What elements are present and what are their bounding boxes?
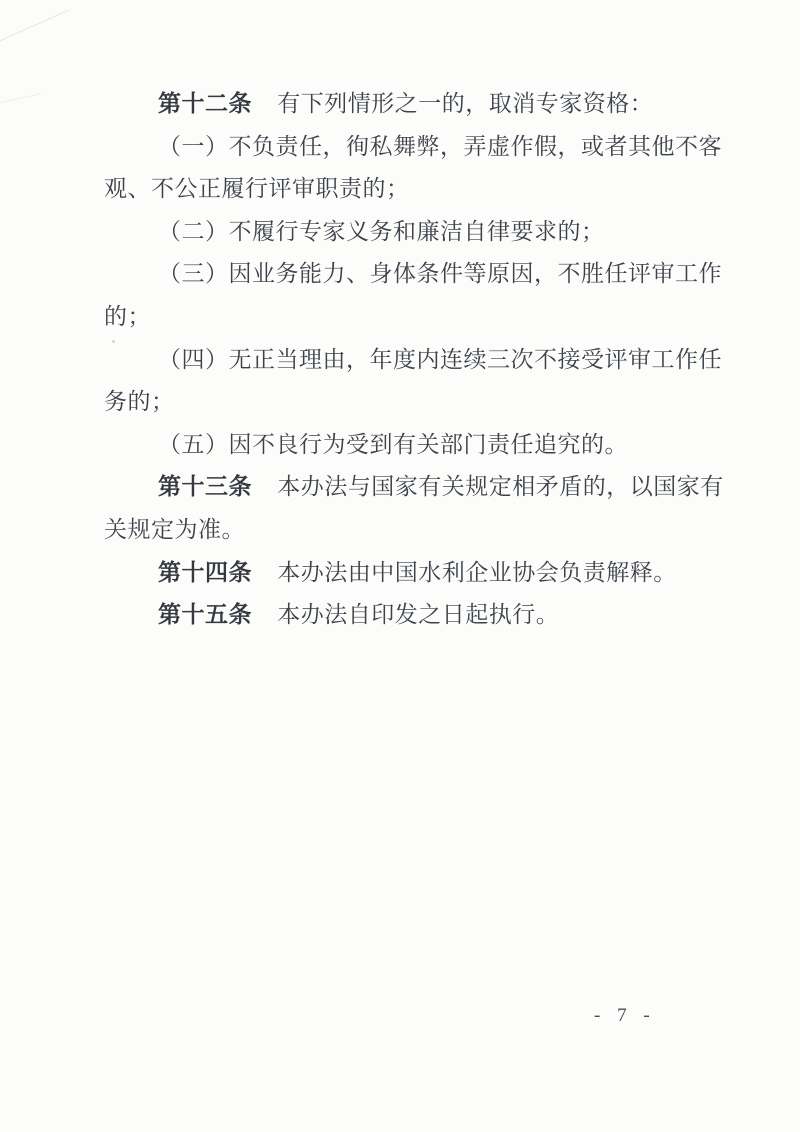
line-text: （三）因业务能力、身体条件等原因，不胜任评审工作	[158, 261, 722, 286]
document-line: 务的；	[104, 381, 690, 424]
line-text: （二）不履行专家义务和廉洁自律要求的；	[158, 219, 605, 244]
document-line: （四）无正当理由，年度内连续三次不接受评审工作任	[104, 339, 690, 382]
document-line: （三）因业务能力、身体条件等原因，不胜任评审工作	[104, 253, 690, 296]
line-text: 有下列情形之一的，取消专家资格：	[277, 91, 653, 116]
document-line: 第十二条有下列情形之一的，取消专家资格：	[104, 83, 690, 126]
document-line: 第十三条本办法与国家有关规定相矛盾的，以国家有	[104, 466, 690, 509]
article-number: 第十五条	[158, 602, 252, 627]
document-line: （一）不负责任，徇私舞弊，弄虚作假，或者其他不客	[104, 126, 690, 169]
line-text: 的；	[104, 304, 151, 329]
article-number: 第十四条	[158, 560, 252, 585]
document-line: 第十五条本办法自印发之日起执行。	[104, 594, 690, 637]
line-text: （一）不负责任，徇私舞弊，弄虚作假，或者其他不客	[158, 134, 722, 159]
line-text: 本办法自印发之日起执行。	[277, 602, 559, 627]
line-text: （五）因不良行为受到有关部门责任追究的。	[158, 432, 628, 457]
line-text: （四）无正当理由，年度内连续三次不接受评审工作任	[158, 347, 722, 372]
line-text: 务的；	[104, 389, 175, 414]
article-number: 第十二条	[158, 91, 252, 116]
document-line: （二）不履行专家义务和廉洁自律要求的；	[104, 211, 690, 254]
document-line: （五）因不良行为受到有关部门责任追究的。	[104, 424, 690, 467]
article-number: 第十三条	[158, 474, 252, 499]
page-number: - 7 -	[594, 1005, 656, 1027]
document-line: 的；	[104, 296, 690, 339]
scan-artifact-line	[0, 10, 69, 43]
text-block: 第十二条有下列情形之一的，取消专家资格：（一）不负责任，徇私舞弊，弄虚作假，或者…	[104, 83, 690, 637]
document-line: 观、不公正履行评审职责的；	[104, 168, 690, 211]
line-text: 本办法与国家有关规定相矛盾的，以国家有	[277, 474, 724, 499]
scan-artifact-line	[0, 93, 42, 104]
scanned-document-page: 第十二条有下列情形之一的，取消专家资格：（一）不负责任，徇私舞弊，弄虚作假，或者…	[0, 0, 800, 1132]
line-text: 观、不公正履行评审职责的；	[104, 176, 410, 201]
line-text: 本办法由中国水利企业协会负责解释。	[277, 560, 677, 585]
document-line: 关规定为准。	[104, 509, 690, 552]
document-line: 第十四条本办法由中国水利企业协会负责解释。	[104, 552, 690, 595]
line-text: 关规定为准。	[104, 517, 245, 542]
